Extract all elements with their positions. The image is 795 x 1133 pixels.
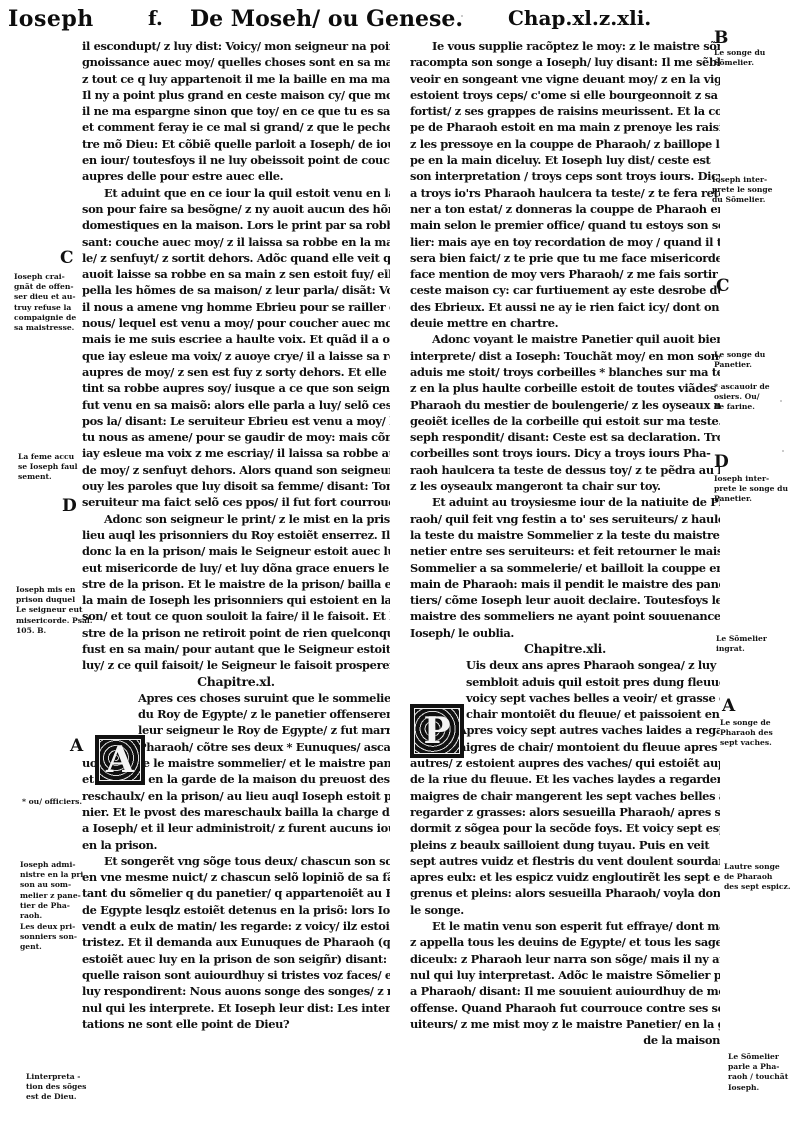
note-line: gent.: [20, 942, 77, 952]
margin-note: Lautre songe de Pharaoh des sept espicz.: [724, 862, 791, 893]
text-line: sera bien faict/ z te prie que tu me fac…: [410, 250, 720, 266]
text-line: il ne ma espargne sinon que toy/ en ce q…: [82, 103, 390, 119]
text-line: estoient troys ceps/ c'ome si elle bourg…: [410, 87, 720, 103]
text-line: diceulx: z Pharaoh leur narra son sõge/ …: [410, 951, 720, 967]
text-line: main selon le premier office/ quand tu e…: [410, 217, 720, 233]
note-line: de farine.: [714, 402, 770, 412]
text-line: tations ne sont elle point de Dieu?: [82, 1016, 390, 1032]
text-line: apres eulx: et les espicz vuidz englouti…: [410, 869, 720, 885]
note-line: 105. B.: [16, 626, 92, 636]
note-line: Sõmelier.: [714, 58, 765, 68]
note-line: tier de Pha-: [20, 901, 83, 911]
note-line: gnãt de offen-: [14, 282, 76, 292]
text-line: dormit z sõgea pour la secõde foys. Et v…: [410, 820, 720, 836]
text-line: tiers/ cõme Ioseph leur auoit declaire. …: [410, 592, 720, 608]
text-line: stre de la prison. Et le maistre de la p…: [82, 576, 390, 592]
text-line: quelle raison sont auiourdhuy si tristes…: [82, 967, 390, 983]
text-line: iay esleue ma voix z me escriay/ il lais…: [82, 445, 390, 461]
catchword: de la maison: [410, 1032, 720, 1048]
text-line: sembloit aduis quil estoit pres dung fle…: [410, 674, 720, 690]
text-line: Il ny a point plus grand en ceste maison…: [82, 87, 390, 103]
note-line: Le songe du: [714, 350, 765, 360]
margin-note: Le Sõmelier ingrat.: [716, 634, 767, 654]
text-line: raoh haulcera ta teste de dessus toy/ z …: [410, 462, 720, 478]
text-line: stre de la prison ne retiroit point de r…: [82, 625, 390, 641]
note-line: Ioseph admi-: [20, 860, 83, 870]
note-line: truy refuse la: [14, 303, 76, 313]
note-line: Le Sõmelier: [716, 634, 767, 644]
text-line: a troys io'rs Pharaoh haulcera ta teste/…: [410, 185, 720, 201]
text-line: aduis me stoit/ troys corbeilles * blanc…: [410, 364, 720, 380]
text-line: estoiẽt auec luy en la prison de son sei…: [82, 951, 390, 967]
text-line: face mention de moy vers Pharaoh/ z me f…: [410, 266, 720, 282]
text-line: en vne mesme nuict/ z chascun selõ lopin…: [82, 869, 390, 885]
note-line: prete le songe du: [714, 484, 788, 494]
note-line: * ou/ officiers.: [22, 797, 82, 807]
note-line: de Pharaoh: [724, 872, 791, 882]
initial-letter: P: [423, 713, 450, 749]
note-line: prete le songe: [712, 185, 773, 195]
note-line: sonniers son-: [20, 932, 77, 942]
scan-speck: [461, 15, 463, 17]
text-line: en la prison.: [82, 837, 390, 853]
note-line: Ioseph inter-: [714, 474, 788, 484]
scan-speck: [386, 270, 388, 272]
text-line: luy/ z ce quil faisoit/ le Seigneur le f…: [82, 657, 390, 673]
note-line: se Ioseph faul: [18, 462, 78, 472]
text-line: fut venu en sa maisõ: alors elle parla a…: [82, 397, 390, 413]
text-line: nier. Et le pvost des mareschaulx bailla…: [82, 804, 390, 820]
note-line: Le songe de: [720, 718, 773, 728]
right-text-column: Ie vous supplie racõptez le moy: z le ma…: [410, 38, 720, 1048]
text-line: veoir en songeant vne vigne deuant moy/ …: [410, 71, 720, 87]
text-line: Ioseph/ le oublia.: [410, 625, 720, 641]
note-line: nistre en la pri: [20, 870, 83, 880]
text-line: tristez. Et il demanda aux Eunuques de P…: [82, 934, 390, 950]
text-line: seruiteur ma faict selõ ces ppos/ il fut…: [82, 494, 390, 510]
note-line: Panetier.: [714, 494, 788, 504]
note-line: Les deux pri-: [20, 922, 77, 932]
text-line: lieu auql les prisonniers du Roy estoiẽt…: [82, 527, 390, 543]
note-line: parle a Pha-: [728, 1062, 788, 1072]
margin-note: Ioseph crai- gnãt de offen- ser dieu et …: [14, 272, 76, 333]
text-line: main de Pharaoh: mais il pendit le maist…: [410, 576, 720, 592]
margin-section-letter-a: A: [70, 736, 83, 756]
text-line: a Pharaoh/ disant: Il me souuient auiour…: [410, 983, 720, 999]
margin-note: Le Sõmelier parle a Pha- raoh / touchãt …: [728, 1052, 788, 1093]
text-line: netier entre ses seruiteurs: et feit ret…: [410, 543, 720, 559]
text-line: son/ et tout ce quon souloit la faire/ i…: [82, 608, 390, 624]
chapter-heading: Chapitre.xl.: [82, 674, 390, 690]
running-head-chapter: Chap.xl.z.xli.: [508, 6, 651, 30]
text-line: mais ie me suis escriee a haulte voix. E…: [82, 331, 390, 347]
text-line: maigres de chair mangerent les sept vach…: [410, 788, 720, 804]
text-line: z appella tous les deuins de Egypte/ et …: [410, 934, 720, 950]
text-line: lier: mais aye en toy recordation de moy…: [410, 234, 720, 250]
margin-note: Les deux pri- sonniers son- gent.: [20, 922, 77, 953]
decorated-initial-a: A: [95, 735, 145, 785]
text-line: eut misericorde de luy/ et luy dõna grac…: [82, 560, 390, 576]
note-line: Lautre songe: [724, 862, 791, 872]
text-line: auoit laisse sa robbe en sa main z sen e…: [82, 266, 390, 282]
paragraph-start: Et aduint au troysiesme iour de la natiu…: [410, 494, 720, 510]
text-line: corbeilles sont troys iours. Dicy a troy…: [410, 445, 720, 461]
text-line: du Roy de Egypte/ z le panetier offenser…: [82, 706, 390, 722]
text-line: racompta son songe a Ioseph/ luy disant:…: [410, 54, 720, 70]
initial-letter: A: [106, 742, 134, 778]
text-line: la teste du maistre Sommelier z la teste…: [410, 527, 720, 543]
text-line: interprete/ dist a Ioseph: Touchãt moy/ …: [410, 348, 720, 364]
text-line: donc la en la prison/ mais le Seigneur e…: [82, 543, 390, 559]
margin-note: Linterpreta - tion des sõges est de Dieu…: [26, 1072, 86, 1103]
margin-note: La feme accu se Ioseph faul sement.: [18, 452, 78, 483]
text-line: de la riue du fleuue. Et les vaches layd…: [410, 771, 720, 787]
margin-note: Ioseph inter- prete le songe du Panetier…: [714, 474, 788, 505]
book-page: Ioseph f. De Moseh/ ou Genese. Chap.xl.z…: [0, 0, 795, 1133]
note-line: son au som-: [20, 880, 83, 890]
text-line: que iay esleue ma voix/ z auoye crye/ il…: [82, 348, 390, 364]
text-line: fortist/ z ses grappes de raisins meuris…: [410, 103, 720, 119]
text-line: la main de Ioseph les prisonniers qui es…: [82, 592, 390, 608]
margin-note: Le songe du Sõmelier.: [714, 48, 765, 68]
margin-note: Le songe de Pharaoh des sept vaches.: [720, 718, 773, 749]
text-line: de Egypte lesqlz estoiẽt detenus en la p…: [82, 902, 390, 918]
note-line: compaignie de: [14, 313, 76, 323]
note-line: * ascauoir de: [714, 382, 770, 392]
note-line: ingrat.: [716, 644, 767, 654]
text-line: et comment feray ie ce mal si grand/ z q…: [82, 119, 390, 135]
text-line: le/ z senfuyt/ z sortit dehors. Adõc qua…: [82, 250, 390, 266]
margin-note: Ioseph admi- nistre en la pri son au som…: [20, 860, 83, 921]
note-line: Pharaoh des: [720, 728, 773, 738]
text-line: Uis deux ans apres Pharaoh songea/ z luy: [410, 657, 720, 673]
note-line: misericorde. Psal.: [16, 616, 92, 626]
note-line: Ioseph.: [728, 1083, 788, 1093]
note-line: des sept espicz.: [724, 882, 791, 892]
left-text-column: il escondupt/ z luy dist: Voicy/ mon sei…: [82, 38, 390, 1032]
text-line: regarder z grasses: alors sesueilla Phar…: [410, 804, 720, 820]
note-line: Le seigneur eut: [16, 605, 92, 615]
text-line: grenus et pleins: alors sesueilla Pharao…: [410, 885, 720, 901]
note-line: sept vaches.: [720, 738, 773, 748]
text-line: deuie mettre en chartre.: [410, 315, 720, 331]
note-line: sement.: [18, 472, 78, 482]
note-line: prison duquel: [16, 595, 92, 605]
text-line: il nous a amene vng homme Ebrieu pour se…: [82, 299, 390, 315]
text-line: z tout ce q luy appartenoit il me la bai…: [82, 71, 390, 87]
text-line: nous/ lequel est venu a moy/ pour couche…: [82, 315, 390, 331]
note-line: du Sõmelier.: [712, 195, 773, 205]
text-line: le songe.: [410, 902, 720, 918]
text-line: sant: couche auec moy/ z il laissa sa ro…: [82, 234, 390, 250]
text-line: Apres ces choses suruint que le sommelie…: [82, 690, 390, 706]
note-line: Ioseph mis en: [16, 585, 92, 595]
text-line: tre mõ Dieu: Et cõbiẽ quelle parloit a I…: [82, 136, 390, 152]
text-line: ner a ton estat/ z donneras la couppe de…: [410, 201, 720, 217]
text-line: aupres delle pour estre auec elle.: [82, 168, 390, 184]
text-line: tu nous as amene/ pour se gaudir de moy:…: [82, 429, 390, 445]
margin-note: Le songe du Panetier.: [714, 350, 765, 370]
note-line: sa maistresse.: [14, 323, 76, 333]
note-line: ser dieu et au-: [14, 292, 76, 302]
text-line: luy respondirent: Nous auons songe des s…: [82, 983, 390, 999]
note-line: est de Dieu.: [26, 1092, 86, 1102]
paragraph-start: Et le matin venu son esperit fut effraye…: [410, 918, 720, 934]
text-line: pe de Pharaoh estoit en ma main z prenoy…: [410, 119, 720, 135]
text-line: sept autres vuidz et flestris du vent do…: [410, 853, 720, 869]
text-line: nul qui les interprete. Et Ioseph leur d…: [82, 1000, 390, 1016]
scan-speck: [780, 400, 782, 402]
text-line: maistre des sommeliers ne ayant point so…: [410, 608, 720, 624]
note-line: Linterpreta -: [26, 1072, 86, 1082]
paragraph-start: Adonc son seigneur le print/ z le mist e…: [82, 511, 390, 527]
margin-section-letter-d: D: [62, 496, 77, 516]
text-line: pe en la main diceluy. Et Ioseph luy dis…: [410, 152, 720, 168]
text-line: tint sa robbe aupres soy/ iusque a ce qu…: [82, 380, 390, 396]
running-head-name: Ioseph: [8, 6, 94, 32]
text-line: uiteurs/ z me mist moy z le maistre Pane…: [410, 1016, 720, 1032]
margin-note: Ioseph inter- prete le songe du Sõmelier…: [712, 175, 773, 206]
text-line: aupres de moy/ z sen est fuy z sorty deh…: [82, 364, 390, 380]
margin-note: * ou/ officiers.: [22, 797, 82, 807]
text-line: ouy les paroles que luy disoit sa femme/…: [82, 478, 390, 494]
text-line: nul qui luy interpretast. Adõc le maistr…: [410, 967, 720, 983]
text-line: il escondupt/ z luy dist: Voicy/ mon sei…: [82, 38, 390, 54]
note-line: Panetier.: [714, 360, 765, 370]
text-line: pella les hõmes de sa maison/ z leur par…: [82, 282, 390, 298]
text-line: offense. Quand Pharaoh fut courrouce con…: [410, 1000, 720, 1016]
note-line: raoh.: [20, 911, 83, 921]
text-line: pos la/ disant: Le seruiteur Ebrieu est …: [82, 413, 390, 429]
paragraph-start: Ie vous supplie racõptez le moy: z le ma…: [410, 38, 720, 54]
note-line: Le Sõmelier: [728, 1052, 788, 1062]
note-line: raoh / touchãt: [728, 1072, 788, 1082]
text-line: des Ebrieux. Et aussi ne ay ie rien faic…: [410, 299, 720, 315]
text-line: gnoissance auec moy/ quelles choses sont…: [82, 54, 390, 70]
note-line: melier z pane-: [20, 891, 83, 901]
text-line: en iour/ toutesfoys il ne luy obeissoit …: [82, 152, 390, 168]
text-line: pleins z beaulx sailloient dung tuyau. P…: [410, 837, 720, 853]
paragraph-start: Et songerẽt vng sõge tous deux/ chascun …: [82, 853, 390, 869]
text-line: de moy/ z senfuyt dehors. Alors quand so…: [82, 462, 390, 478]
margin-section-letter-c: C: [60, 248, 74, 268]
note-line: tion des sõges: [26, 1082, 86, 1092]
margin-section-letter-d: D: [714, 452, 729, 472]
margin-note: * ascauoir de osiers. Ou/ de farine.: [714, 382, 770, 413]
paragraph-start: Et aduint que en ce iour la quil estoit …: [82, 185, 390, 201]
text-line: vendt a eulx de matin/ les regarde: z vo…: [82, 918, 390, 934]
text-line: Sommelier a sa sommelerie/ et bailloit l…: [410, 560, 720, 576]
note-line: Ioseph crai-: [14, 272, 76, 282]
text-line: son pour faire sa besõgne/ z ny auoit au…: [82, 201, 390, 217]
running-head-title: De Moseh/ ou Genese.: [190, 6, 463, 32]
folio-number: f.: [148, 6, 163, 30]
margin-section-letter-a: A: [722, 696, 735, 716]
text-line: raoh/ quil feit vng festin a to' ses ser…: [410, 511, 720, 527]
text-line: ceste maison cy: car furtiuement ay este…: [410, 282, 720, 298]
text-line: a Ioseph/ et il leur administroit/ z fur…: [82, 820, 390, 836]
paragraph-start: Adonc voyant le maistre Panetier quil au…: [410, 331, 720, 347]
text-line: z les pressoye en la couppe de Pharaoh/ …: [410, 136, 720, 152]
text-line: domestiques en la maison. Lors le print …: [82, 217, 390, 233]
text-line: Pharaoh du mestier de boulengerie/ z les…: [410, 397, 720, 413]
text-line: geoiẽt icelles de la corbeille qui estoi…: [410, 413, 720, 429]
text-line: z en la plus haulte corbeille estoit de …: [410, 380, 720, 396]
decorated-initial-p: P: [410, 704, 464, 758]
text-line: fust en sa main/ pour autant que le Seig…: [82, 641, 390, 657]
text-line: reschaulx/ en la prison/ au lieu auql Io…: [82, 788, 390, 804]
note-line: Le songe du: [714, 48, 765, 58]
scan-speck: [782, 450, 784, 452]
note-line: osiers. Ou/: [714, 392, 770, 402]
margin-section-letter-c: C: [716, 276, 730, 296]
text-line: tant du sõmelier q du panetier/ q appart…: [82, 885, 390, 901]
text-line: seph respondit/ disant: Ceste est sa dec…: [410, 429, 720, 445]
text-line: z les oyseaulx mangeront ta chair sur to…: [410, 478, 720, 494]
note-line: Ioseph inter-: [712, 175, 773, 185]
margin-note: Ioseph mis en prison duquel Le seigneur …: [16, 585, 92, 636]
margin-section-letter-b: B: [714, 28, 728, 48]
chapter-heading: Chapitre.xli.: [410, 641, 720, 657]
text-line: son interpretation / troys ceps sont tro…: [410, 168, 720, 184]
note-line: La feme accu: [18, 452, 78, 462]
